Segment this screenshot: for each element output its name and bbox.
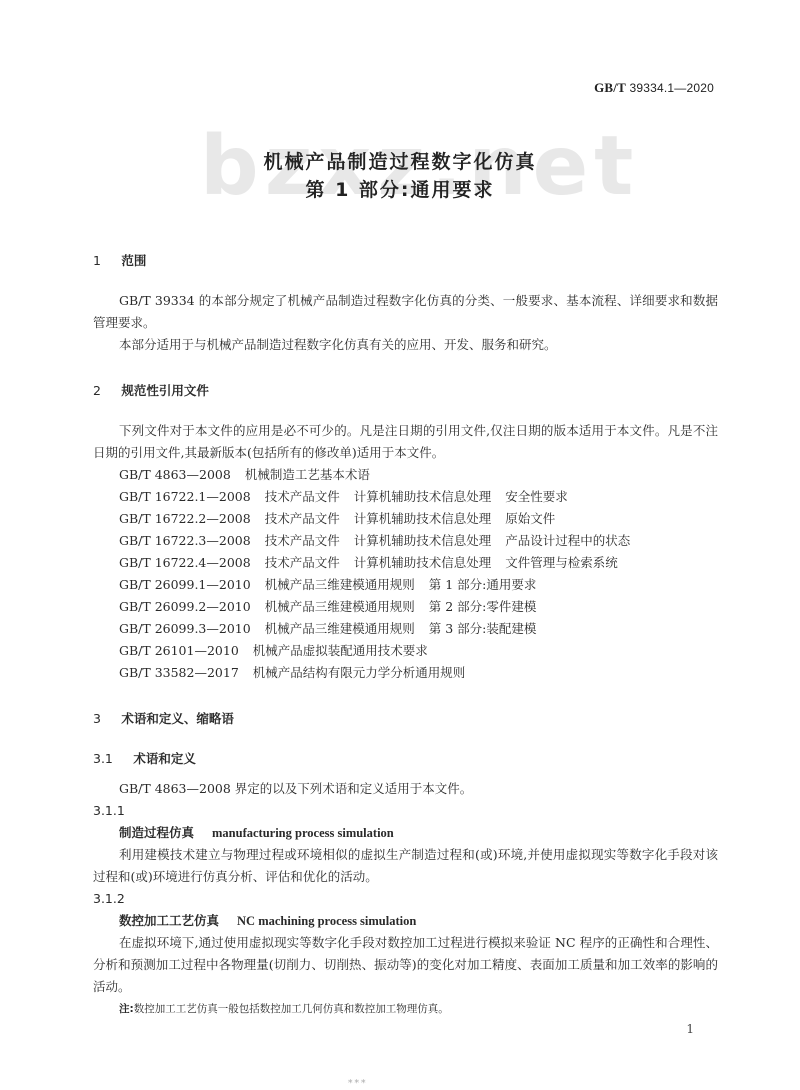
section-title: 范围 xyxy=(121,253,146,268)
section-number: 1 xyxy=(93,250,117,272)
reference-title: 技术产品文件 xyxy=(265,555,340,570)
reference-subtitle: 第 1 部分:通用要求 xyxy=(429,577,537,592)
title-line-1: 机械产品制造过程数字化仿真 xyxy=(0,148,800,176)
term-entry: 数控加工工艺仿真NC machining process simulation xyxy=(93,910,718,932)
reference-code: GB/T 4863—2008 xyxy=(119,467,231,482)
reference-item: GB/T 26099.2—2010机械产品三维建模通用规则第 2 部分:零件建模 xyxy=(93,596,718,618)
reference-item: GB/T 26101—2010机械产品虚拟装配通用技术要求 xyxy=(93,640,718,662)
reference-code: GB/T 16722.4—2008 xyxy=(119,555,251,570)
reference-code: GB/T 16722.2—2008 xyxy=(119,511,251,526)
term-chinese: 数控加工工艺仿真 xyxy=(119,913,219,928)
standard-code: GB/T 39334.1—2020 xyxy=(594,80,714,96)
document-body: 1 范围 GB/T 39334 的本部分规定了机械产品制造过程数字化仿真的分类、… xyxy=(93,250,718,1020)
section-number: 3 xyxy=(93,708,117,730)
reference-title: 机械产品三维建模通用规则 xyxy=(265,621,415,636)
reference-code: GB/T 16722.1—2008 xyxy=(119,489,251,504)
term-entry: 制造过程仿真manufacturing process simulation xyxy=(93,822,718,844)
reference-code: GB/T 26099.2—2010 xyxy=(119,599,251,614)
term-chinese: 制造过程仿真 xyxy=(119,825,194,840)
paragraph: GB/T 39334 的本部分规定了机械产品制造过程数字化仿真的分类、一般要求、… xyxy=(93,290,718,334)
reference-code: GB/T 26099.1—2010 xyxy=(119,577,251,592)
reference-title: 技术产品文件 xyxy=(265,533,340,548)
standard-prefix: GB/T xyxy=(594,80,626,95)
title-line-2: 第 1 部分:通用要求 xyxy=(0,176,800,204)
reference-subtitle: 计算机辅助技术信息处理 xyxy=(354,555,492,570)
subsection-title: 术语和定义 xyxy=(133,751,196,766)
standard-number: 39334.1—2020 xyxy=(630,81,714,95)
term-english: manufacturing process simulation xyxy=(212,826,394,840)
term-number: 3.1.2 xyxy=(93,888,718,910)
reference-list: GB/T 4863—2008机械制造工艺基本术语 GB/T 16722.1—20… xyxy=(93,464,718,684)
reference-item: GB/T 16722.2—2008技术产品文件计算机辅助技术信息处理原始文件 xyxy=(93,508,718,530)
paragraph: 本部分适用于与机械产品制造过程数字化仿真有关的应用、开发、服务和研究。 xyxy=(93,334,718,356)
term-definition: 利用建模技术建立与物理过程或环境相似的虚拟生产制造过程和(或)环境,并使用虚拟现… xyxy=(93,844,718,888)
reference-part: 文件管理与检索系统 xyxy=(505,555,618,570)
note-text: 数控加工工艺仿真一般包括数控加工几何仿真和数控加工物理仿真。 xyxy=(134,1003,449,1015)
note-label: 注: xyxy=(119,1003,134,1015)
reference-item: GB/T 16722.4—2008技术产品文件计算机辅助技术信息处理文件管理与检… xyxy=(93,552,718,574)
term-english: NC machining process simulation xyxy=(237,914,416,928)
paragraph: GB/T 4863—2008 界定的以及下列术语和定义适用于本文件。 xyxy=(93,778,718,800)
reference-code: GB/T 16722.3—2008 xyxy=(119,533,251,548)
reference-item: GB/T 16722.1—2008技术产品文件计算机辅助技术信息处理安全性要求 xyxy=(93,486,718,508)
reference-part: 安全性要求 xyxy=(505,489,568,504)
paragraph: 下列文件对于本文件的应用是必不可少的。凡是注日期的引用文件,仅注日期的版本适用于… xyxy=(93,420,718,464)
reference-item: GB/T 16722.3—2008技术产品文件计算机辅助技术信息处理产品设计过程… xyxy=(93,530,718,552)
reference-code: GB/T 26101—2010 xyxy=(119,643,239,658)
reference-subtitle: 第 2 部分:零件建模 xyxy=(429,599,537,614)
reference-title: 机械产品三维建模通用规则 xyxy=(265,599,415,614)
reference-code: GB/T 26099.3—2010 xyxy=(119,621,251,636)
section-title: 规范性引用文件 xyxy=(121,383,209,398)
reference-subtitle: 计算机辅助技术信息处理 xyxy=(354,533,492,548)
term-definition: 在虚拟环境下,通过使用虚拟现实等数字化手段对数控加工过程进行模拟来验证 NC 程… xyxy=(93,932,718,998)
section-2-heading: 2 规范性引用文件 xyxy=(93,380,718,402)
reference-part: 原始文件 xyxy=(505,511,555,526)
term-number: 3.1.1 xyxy=(93,800,718,822)
reference-subtitle: 第 3 部分:装配建模 xyxy=(429,621,537,636)
reference-subtitle: 计算机辅助技术信息处理 xyxy=(354,511,492,526)
reference-title: 机械制造工艺基本术语 xyxy=(245,467,370,482)
reference-item: GB/T 33582—2017机械产品结构有限元力学分析通用规则 xyxy=(93,662,718,684)
footer-mark: *** xyxy=(348,1079,368,1089)
reference-title: 技术产品文件 xyxy=(265,489,340,504)
reference-part: 产品设计过程中的状态 xyxy=(505,533,630,548)
reference-title: 机械产品三维建模通用规则 xyxy=(265,577,415,592)
reference-title: 机械产品虚拟装配通用技术要求 xyxy=(253,643,428,658)
reference-code: GB/T 33582—2017 xyxy=(119,665,239,680)
reference-item: GB/T 26099.3—2010机械产品三维建模通用规则第 3 部分:装配建模 xyxy=(93,618,718,640)
reference-subtitle: 计算机辅助技术信息处理 xyxy=(354,489,492,504)
reference-item: GB/T 4863—2008机械制造工艺基本术语 xyxy=(93,464,718,486)
page-number: 1 xyxy=(686,1022,694,1036)
document-title: 机械产品制造过程数字化仿真 第 1 部分:通用要求 xyxy=(0,148,800,204)
section-title: 术语和定义、缩略语 xyxy=(121,711,234,726)
section-number: 2 xyxy=(93,380,117,402)
document-page: GB/T 39334.1—2020 bzxz.net 机械产品制造过程数字化仿真… xyxy=(0,0,800,1090)
section-1-heading: 1 范围 xyxy=(93,250,718,272)
reference-title: 技术产品文件 xyxy=(265,511,340,526)
term-note: 注:数控加工工艺仿真一般包括数控加工几何仿真和数控加工物理仿真。 xyxy=(93,998,718,1020)
reference-title: 机械产品结构有限元力学分析通用规则 xyxy=(253,665,466,680)
subsection-3-1-heading: 3.1 术语和定义 xyxy=(93,748,718,770)
section-3-heading: 3 术语和定义、缩略语 xyxy=(93,708,718,730)
subsection-number: 3.1 xyxy=(93,748,129,770)
reference-item: GB/T 26099.1—2010机械产品三维建模通用规则第 1 部分:通用要求 xyxy=(93,574,718,596)
